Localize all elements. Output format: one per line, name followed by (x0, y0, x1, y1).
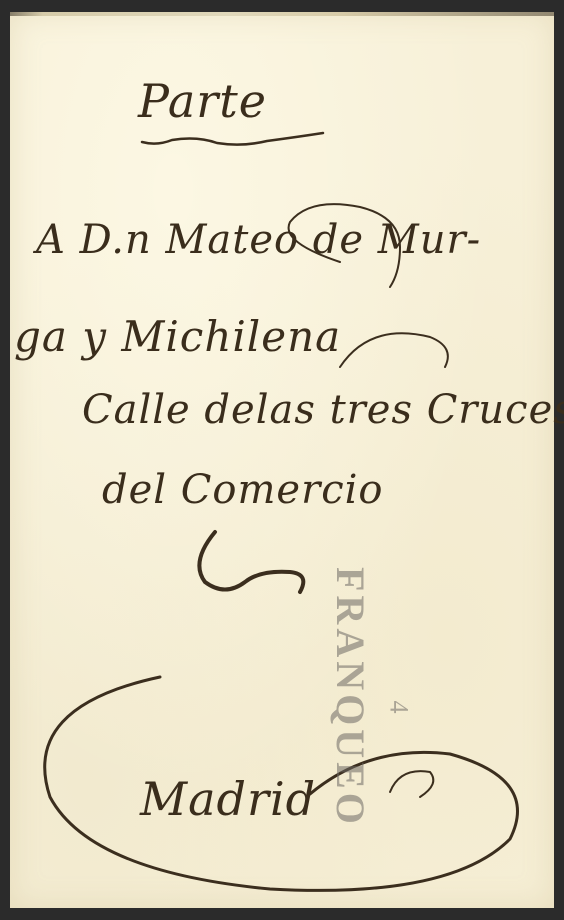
franqueo-stamp: FRANQUEO (327, 567, 374, 828)
city-madrid: Madrid (140, 772, 316, 826)
stamp-mark: 4 (384, 701, 414, 714)
letter-paper: Parte A D.n Mateo de Mur- ga y Michilena… (10, 12, 554, 908)
